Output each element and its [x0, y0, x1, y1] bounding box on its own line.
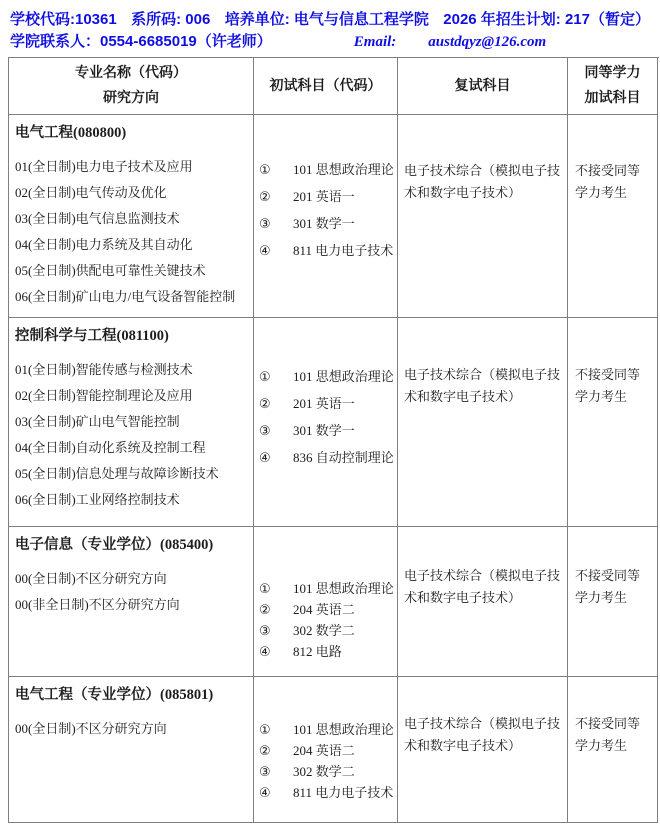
header-cell-initial-exam: 初试科目（代码）	[254, 58, 398, 115]
email-label: Email:	[354, 31, 397, 53]
subject-list: ①101 思想政治理论 ②201 英语一 ③301 数学一 ④836 自动控制理…	[254, 318, 397, 472]
direction-list: 00(全日制)不区分研究方向 00(非全日制)不区分研究方向	[9, 566, 253, 618]
program-name: 电气工程(080800)	[9, 115, 253, 143]
subject-text: 201 英语一	[293, 396, 355, 411]
subject-number: ①	[259, 158, 293, 184]
subject-text: 302 数学二	[293, 764, 355, 779]
subject-line: ④812 电路	[259, 642, 397, 663]
subject-list: ①101 思想政治理论 ②204 英语二 ③302 数学二 ④811 电力电子技…	[254, 677, 397, 804]
header-cell-program: 专业名称（代码） 研究方向	[9, 58, 254, 115]
subject-line: ④836 自动控制理论	[259, 445, 397, 472]
header-program-line1: 专业名称（代码）	[75, 61, 187, 86]
subject-text: 811 电力电子技术	[293, 243, 393, 258]
subject-number: ②	[259, 601, 293, 621]
initial-exam-cell: ①101 思想政治理论 ②201 英语一 ③301 数学一 ④811 电力电子技…	[254, 115, 398, 318]
direction-list: 00(全日制)不区分研究方向	[9, 716, 253, 742]
research-direction: 06(全日制)矿山电力/电气设备智能控制	[15, 284, 253, 310]
header-line-2: 学院联系人：0554-6685019（许老师） Email: austdqyz@…	[10, 31, 652, 53]
retest-subject: 电子技术综合（模拟电子技术和数字电子技术）	[398, 527, 567, 609]
retest-cell: 电子技术综合（模拟电子技术和数字电子技术）	[398, 527, 568, 677]
subject-text: 101 思想政治理论	[293, 581, 394, 596]
research-direction: 06(全日制)工业网络控制技术	[15, 487, 253, 513]
subject-number: ③	[259, 212, 293, 238]
subject-line: ②201 英语一	[259, 391, 397, 418]
program-cell: 电气工程(080800) 01(全日制)电力电子技术及应用 02(全日制)电气传…	[9, 115, 254, 318]
program-cell: 电气工程（专业学位）(085801) 00(全日制)不区分研究方向	[9, 677, 254, 823]
initial-exam-cell: ①101 思想政治理论 ②201 英语一 ③301 数学一 ④836 自动控制理…	[254, 318, 398, 527]
contact-info: 学院联系人：0554-6685019（许老师）	[10, 31, 272, 53]
subject-number: ②	[259, 742, 293, 762]
subject-number: ③	[259, 419, 293, 445]
retest-cell: 电子技术综合（模拟电子技术和数字电子技术）	[398, 318, 568, 527]
research-direction: 01(全日制)智能传感与检测技术	[15, 357, 253, 383]
subject-line: ④811 电力电子技术	[259, 238, 397, 265]
subject-number: ①	[259, 721, 293, 741]
research-direction: 01(全日制)电力电子技术及应用	[15, 154, 253, 180]
subject-line: ③301 数学一	[259, 418, 397, 445]
subject-text: 836 自动控制理论	[293, 450, 394, 465]
research-direction: 00(非全日制)不区分研究方向	[15, 592, 253, 618]
header-cell-retest: 复试科目	[398, 58, 568, 115]
additional-test-note: 不接受同等学力考生	[568, 115, 657, 204]
enrollment-plan: 2026 年招生计划: 217（暂定）	[443, 9, 650, 31]
subject-text: 812 电路	[293, 644, 342, 659]
subject-text: 101 思想政治理论	[293, 162, 394, 177]
subject-number: ①	[259, 580, 293, 600]
initial-exam-cell: ①101 思想政治理论 ②204 英语二 ③302 数学二 ④812 电路	[254, 527, 398, 677]
table-row: 电子信息（专业学位）(085400) 00(全日制)不区分研究方向 00(非全日…	[9, 527, 659, 677]
programs-table: 专业名称（代码） 研究方向 初试科目（代码） 复试科目 同等学力 加试科目 电气…	[8, 57, 659, 823]
subject-text: 101 思想政治理论	[293, 369, 394, 384]
research-direction: 03(全日制)矿山电气智能控制	[15, 409, 253, 435]
subject-text: 204 英语二	[293, 743, 355, 758]
program-name: 控制科学与工程(081100)	[9, 318, 253, 346]
email-address: austdqyz@126.com	[428, 31, 546, 53]
initial-exam-cell: ①101 思想政治理论 ②204 英语二 ③302 数学二 ④811 电力电子技…	[254, 677, 398, 823]
header-retest-label: 复试科目	[455, 74, 511, 99]
document-header: 学校代码:10361 系所码: 006 培养单位: 电气与信息工程学院 2026…	[0, 0, 660, 53]
subject-line: ②201 英语一	[259, 184, 397, 211]
research-direction: 00(全日制)不区分研究方向	[15, 716, 253, 742]
subject-text: 201 英语一	[293, 189, 355, 204]
subject-line: ①101 思想政治理论	[259, 720, 397, 741]
retest-subject: 电子技术综合（模拟电子技术和数字电子技术）	[398, 115, 567, 204]
table-row: 电气工程（专业学位）(085801) 00(全日制)不区分研究方向 ①101 思…	[9, 677, 659, 823]
subject-line: ③302 数学二	[259, 621, 397, 642]
subject-text: 301 数学一	[293, 216, 355, 231]
header-additional-line1: 同等学力	[585, 61, 641, 86]
subject-line: ②204 英语二	[259, 741, 397, 762]
subject-number: ③	[259, 763, 293, 783]
additional-test-cell: 不接受同等学力考生	[568, 677, 658, 823]
additional-test-note: 不接受同等学力考生	[568, 318, 657, 408]
program-cell: 电子信息（专业学位）(085400) 00(全日制)不区分研究方向 00(非全日…	[9, 527, 254, 677]
subject-number: ④	[259, 239, 293, 265]
header-line-1: 学校代码:10361 系所码: 006 培养单位: 电气与信息工程学院 2026…	[10, 9, 652, 31]
subject-line: ③301 数学一	[259, 211, 397, 238]
subject-number: ④	[259, 784, 293, 804]
additional-test-cell: 不接受同等学力考生	[568, 115, 658, 318]
admissions-document: 学校代码:10361 系所码: 006 培养单位: 电气与信息工程学院 2026…	[0, 0, 660, 823]
additional-test-note: 不接受同等学力考生	[568, 527, 657, 609]
direction-list: 01(全日制)电力电子技术及应用 02(全日制)电气传动及优化 03(全日制)电…	[9, 154, 253, 310]
subject-list: ①101 思想政治理论 ②204 英语二 ③302 数学二 ④812 电路	[254, 527, 397, 663]
research-direction: 02(全日制)智能控制理论及应用	[15, 383, 253, 409]
subject-text: 811 电力电子技术	[293, 785, 393, 800]
subject-line: ①101 思想政治理论	[259, 364, 397, 391]
dept-code: 系所码: 006	[131, 9, 210, 31]
additional-test-note: 不接受同等学力考生	[568, 677, 657, 757]
program-name: 电子信息（专业学位）(085400)	[9, 527, 253, 555]
research-direction: 00(全日制)不区分研究方向	[15, 566, 253, 592]
subject-text: 101 思想政治理论	[293, 722, 394, 737]
subject-number: ①	[259, 365, 293, 391]
research-direction: 03(全日制)电气信息监测技术	[15, 206, 253, 232]
training-unit: 培养单位: 电气与信息工程学院	[225, 9, 429, 31]
table-header-row: 专业名称（代码） 研究方向 初试科目（代码） 复试科目 同等学力 加试科目	[9, 58, 659, 115]
research-direction: 05(全日制)信息处理与故障诊断技术	[15, 461, 253, 487]
research-direction: 04(全日制)自动化系统及控制工程	[15, 435, 253, 461]
research-direction: 04(全日制)电力系统及其自动化	[15, 232, 253, 258]
subject-number: ③	[259, 622, 293, 642]
table-row: 电气工程(080800) 01(全日制)电力电子技术及应用 02(全日制)电气传…	[9, 115, 659, 318]
header-program-line2: 研究方向	[103, 86, 159, 111]
research-direction: 05(全日制)供配电可靠性关键技术	[15, 258, 253, 284]
subject-number: ②	[259, 185, 293, 211]
research-direction: 02(全日制)电气传动及优化	[15, 180, 253, 206]
additional-test-cell: 不接受同等学力考生	[568, 318, 658, 527]
direction-list: 01(全日制)智能传感与检测技术 02(全日制)智能控制理论及应用 03(全日制…	[9, 357, 253, 513]
header-additional-line2: 加试科目	[585, 86, 641, 111]
retest-subject: 电子技术综合（模拟电子技术和数字电子技术）	[398, 677, 567, 757]
subject-line: ②204 英语二	[259, 600, 397, 621]
subject-text: 302 数学二	[293, 623, 355, 638]
header-initial-exam-label: 初试科目（代码）	[270, 74, 382, 99]
retest-cell: 电子技术综合（模拟电子技术和数字电子技术）	[398, 115, 568, 318]
subject-text: 204 英语二	[293, 602, 355, 617]
subject-line: ④811 电力电子技术	[259, 783, 397, 804]
header-cell-additional: 同等学力 加试科目	[568, 58, 658, 115]
retest-cell: 电子技术综合（模拟电子技术和数字电子技术）	[398, 677, 568, 823]
subject-number: ④	[259, 446, 293, 472]
subject-list: ①101 思想政治理论 ②201 英语一 ③301 数学一 ④811 电力电子技…	[254, 115, 397, 265]
subject-line: ③302 数学二	[259, 762, 397, 783]
program-cell: 控制科学与工程(081100) 01(全日制)智能传感与检测技术 02(全日制)…	[9, 318, 254, 527]
subject-line: ①101 思想政治理论	[259, 157, 397, 184]
school-code: 学校代码:10361	[10, 9, 117, 31]
subject-line: ①101 思想政治理论	[259, 579, 397, 600]
subject-text: 301 数学一	[293, 423, 355, 438]
subject-number: ②	[259, 392, 293, 418]
retest-subject: 电子技术综合（模拟电子技术和数字电子技术）	[398, 318, 567, 408]
program-name: 电气工程（专业学位）(085801)	[9, 677, 253, 705]
subject-number: ④	[259, 643, 293, 663]
table-row: 控制科学与工程(081100) 01(全日制)智能传感与检测技术 02(全日制)…	[9, 318, 659, 527]
additional-test-cell: 不接受同等学力考生	[568, 527, 658, 677]
